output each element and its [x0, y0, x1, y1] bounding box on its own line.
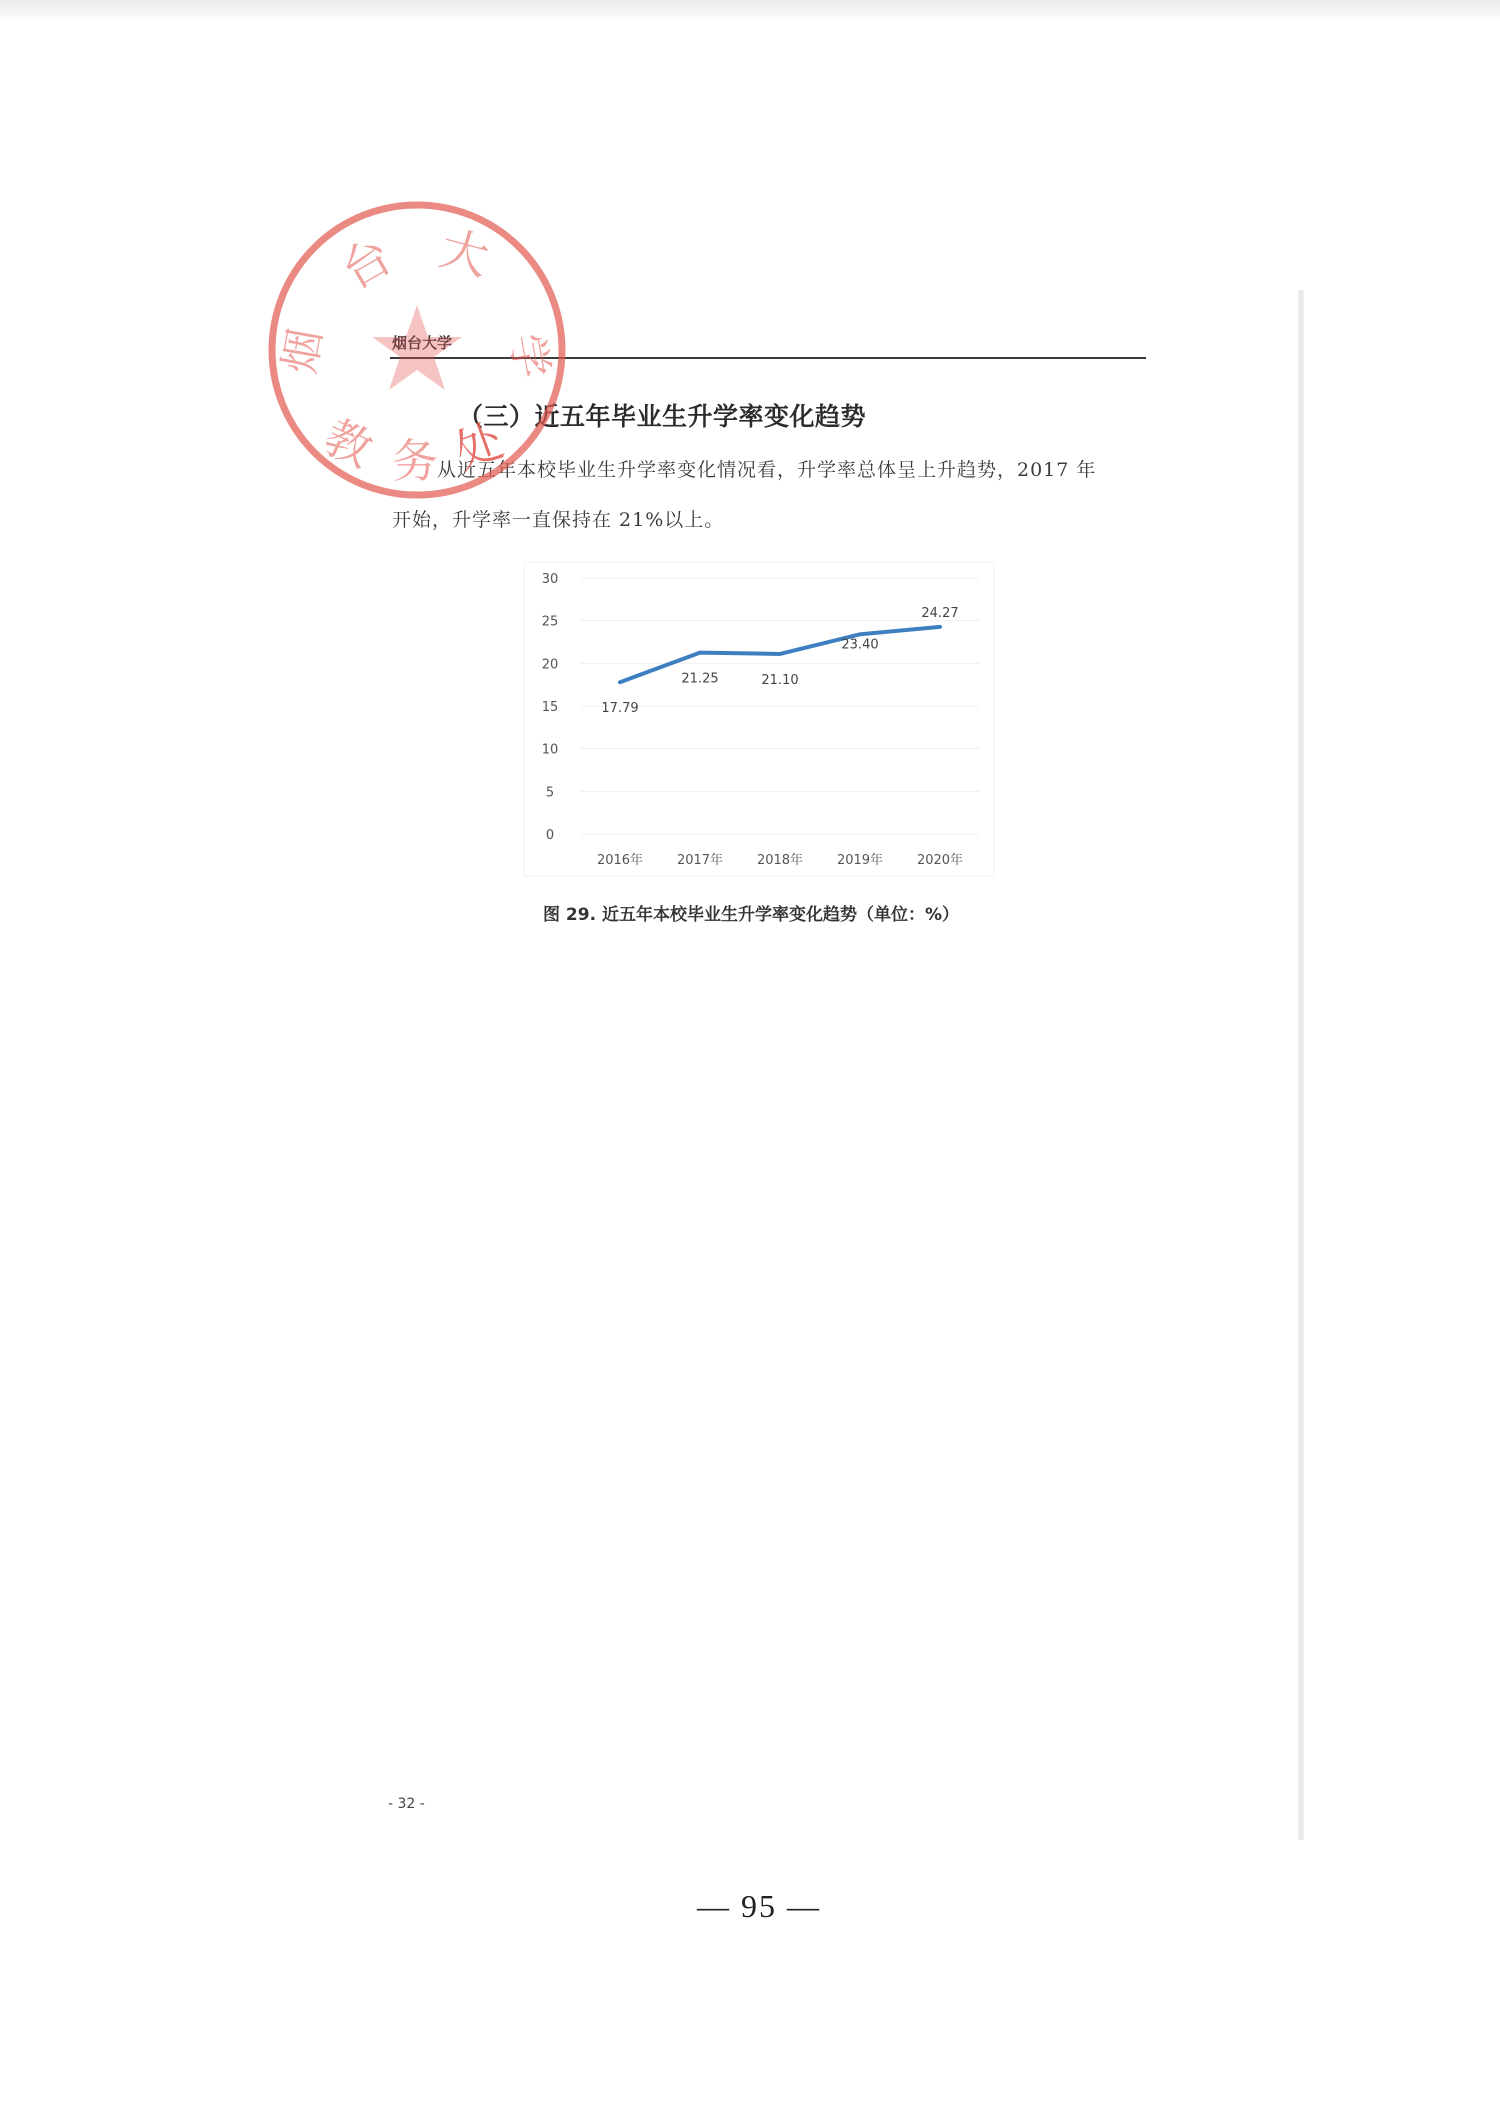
- y-tick-label: 30: [542, 572, 559, 587]
- svg-text:烟: 烟: [274, 325, 332, 377]
- y-tick-label: 15: [542, 700, 559, 715]
- paragraph-line-2: 开始，升学率一直保持在 21%以上。: [392, 505, 724, 532]
- page-edge: [1298, 290, 1304, 1840]
- scan-shadow: [0, 0, 1500, 22]
- y-tick-label: 20: [542, 657, 559, 672]
- header-rule: [390, 357, 1146, 359]
- data-label: 23.40: [841, 637, 878, 652]
- data-label: 24.27: [921, 606, 958, 621]
- data-label: 21.25: [681, 672, 718, 687]
- line-chart: 0510152025302016年2017年2018年2019年2020年17.…: [520, 560, 1000, 880]
- svg-text:台: 台: [332, 228, 402, 301]
- svg-text:大: 大: [434, 220, 495, 287]
- outer-page-number: — 95 —: [697, 1888, 821, 1925]
- y-tick-label: 25: [542, 615, 559, 630]
- x-tick-label: 2020年: [917, 852, 963, 868]
- chart-canvas: 0510152025302016年2017年2018年2019年2020年17.…: [520, 560, 1000, 880]
- svg-text:务: 务: [392, 434, 438, 488]
- inner-page-number: - 32 -: [388, 1796, 425, 1812]
- x-tick-label: 2019年: [837, 852, 883, 868]
- figure-caption: 图 29. 近五年本校毕业生升学率变化趋势（单位：%）: [543, 900, 959, 925]
- paragraph-line-1: 从近五年本校毕业生升学率变化情况看，升学率总体呈上升趋势，2017 年: [437, 455, 1096, 482]
- y-tick-label: 0: [546, 828, 554, 843]
- y-tick-label: 10: [542, 743, 559, 758]
- x-tick-label: 2016年: [597, 852, 643, 868]
- svg-text:教: 教: [316, 409, 381, 477]
- x-tick-label: 2018年: [757, 852, 803, 868]
- section-title: （三）近五年毕业生升学率变化趋势: [458, 397, 866, 433]
- x-tick-label: 2017年: [677, 852, 723, 868]
- data-label: 17.79: [601, 701, 638, 716]
- y-tick-label: 5: [546, 785, 554, 800]
- running-header: 烟台大学: [392, 332, 452, 353]
- data-label: 21.10: [761, 673, 798, 688]
